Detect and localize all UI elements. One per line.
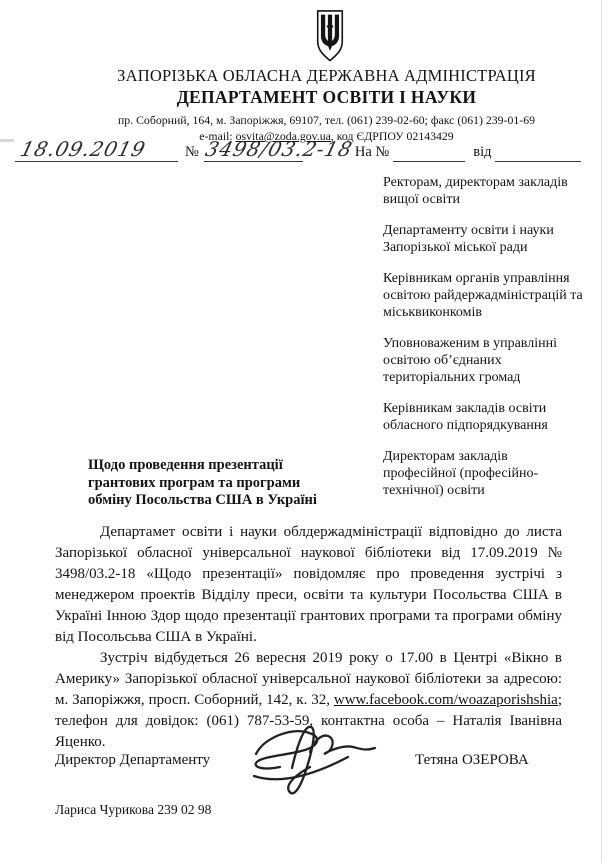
address-line: пр. Соборний, 164, м. Запоріжжя, 69107, … <box>40 113 613 128</box>
recipient-item: Керівникам органів управління освітою ра… <box>383 270 583 321</box>
signer-position: Директор Департаменту <box>55 752 210 769</box>
ukraine-trident-emblem-icon <box>314 9 346 63</box>
handwritten-number: 3498/03.2-18 <box>203 137 355 161</box>
department-name: ДЕПАРТАМЕНТ ОСВІТИ І НАУКИ <box>40 87 613 108</box>
signer-name: Тетяна ОЗЕРОВА <box>415 752 529 769</box>
recipient-item: Уповноваженим в управлінні освітою об’єд… <box>383 335 583 386</box>
recipients-block: Ректорам, директорам закладів вищої осві… <box>383 174 583 513</box>
number-sign: № <box>185 144 199 161</box>
subject-line: обміну Посольства США в Україні <box>88 492 388 510</box>
subject-line: грантових програм та програми <box>88 475 388 493</box>
incoming-date-label: від <box>473 144 491 161</box>
subject-line: Щодо проведення презентації <box>88 457 388 475</box>
executor-contact: Лариса Чурикова 239 02 98 <box>55 802 211 818</box>
incoming-number-label: На № <box>355 144 389 161</box>
reference-line: 18.09.2019 № 3498/03.2-18 На № від <box>15 130 581 162</box>
organization-name: ЗАПОРІЗЬКА ОБЛАСНА ДЕРЖАВНА АДМІНІСТРАЦІ… <box>40 66 613 86</box>
incoming-date-blank <box>495 161 581 162</box>
facebook-link[interactable]: www.facebook.com/woazaporishshia <box>334 692 558 708</box>
letter-page: ЗАПОРІЗЬКА ОБЛАСНА ДЕРЖАВНА АДМІНІСТРАЦІ… <box>0 0 613 863</box>
handwritten-date: 18.09.2019 <box>18 137 148 161</box>
outgoing-number-field: 3498/03.2-18 <box>204 137 303 162</box>
recipient-item: Департаменту освіти і науки Запорізької … <box>383 222 583 256</box>
incoming-number-blank <box>393 161 465 162</box>
recipient-item: Керівникам закладів освіти обласного під… <box>383 400 583 434</box>
subject-block: Щодо проведення презентації грантових пр… <box>88 457 388 510</box>
recipient-item: Ректорам, директорам закладів вищої осві… <box>383 174 583 208</box>
scan-artifact-smudge <box>0 139 14 142</box>
handwritten-signature-icon <box>248 712 393 800</box>
outgoing-date-field: 18.09.2019 <box>15 137 178 162</box>
recipient-item: Директорам закладів професійної (професі… <box>383 448 583 499</box>
body-paragraph-1: Департамет освіти і науки облдержадмініс… <box>55 522 562 648</box>
